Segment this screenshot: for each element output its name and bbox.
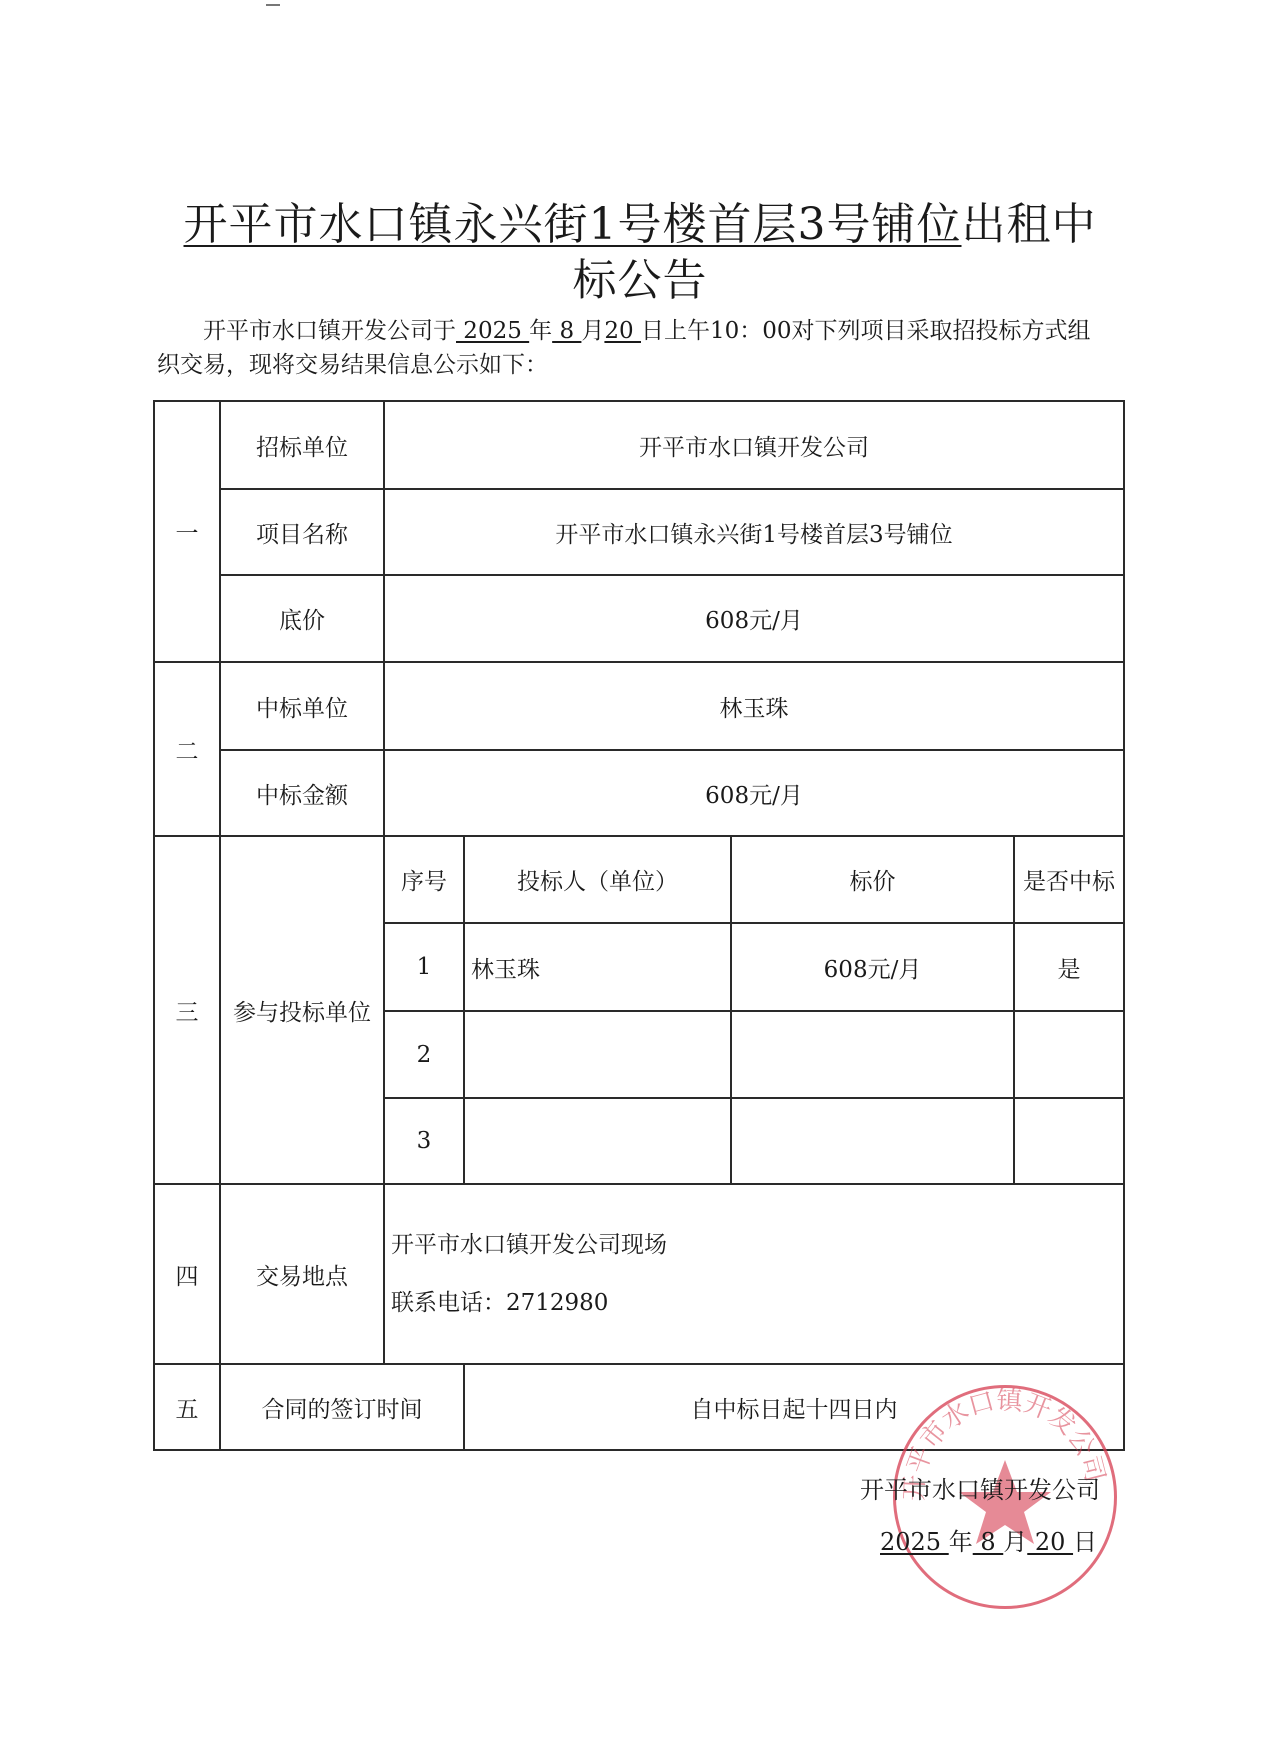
sig-month-unit: 月 (1003, 1528, 1027, 1556)
column-header: 投标人（单位） (464, 836, 731, 923)
column-header: 标价 (731, 836, 1014, 923)
intro-paragraph: 开平市水口镇开发公司于 2025 年 8 月20 日上午10：00对下列项目采取… (157, 314, 1112, 382)
sig-year: 2025 (880, 1528, 949, 1556)
intro-year: 2025 (456, 318, 529, 344)
sig-month: 8 (973, 1528, 1004, 1556)
row-label: 交易地点 (220, 1184, 384, 1364)
section-index: 四 (154, 1184, 220, 1364)
row-label: 参与投标单位 (220, 836, 384, 1184)
bidder-name (464, 1098, 731, 1184)
row-label: 项目名称 (220, 489, 384, 575)
table-row: 中标金额 608元/月 (154, 750, 1124, 836)
section-index: 二 (154, 662, 220, 836)
row-label: 中标金额 (220, 750, 384, 836)
signature-date: 2025 年 8 月 20 日 (880, 1522, 1097, 1557)
section-index: 一 (154, 401, 220, 662)
bidder-price (731, 1098, 1014, 1184)
table-row: 底价 608元/月 (154, 575, 1124, 662)
sig-day-unit: 日 (1073, 1528, 1097, 1556)
bidder-won (1014, 1098, 1124, 1184)
signer-company: 开平市水口镇开发公司 (860, 1470, 1100, 1505)
column-header: 是否中标 (1014, 836, 1124, 923)
location-text: 开平市水口镇开发公司现场 (391, 1216, 1123, 1274)
row-value: 自中标日起十四日内 (464, 1364, 1124, 1450)
bidders-header-row: 三 参与投标单位 序号 投标人（单位） 标价 是否中标 (154, 836, 1124, 923)
sig-day: 20 (1027, 1528, 1073, 1556)
intro-year-unit: 年 (529, 318, 552, 344)
row-value: 608元/月 (384, 750, 1124, 836)
row-value: 开平市水口镇开发公司 (384, 401, 1124, 489)
title-line2: 标公告 (150, 253, 1130, 309)
bidder-won (1014, 1011, 1124, 1098)
contact-phone: 联系电话：2712980 (391, 1274, 1123, 1332)
table-row: 一 招标单位 开平市水口镇开发公司 (154, 401, 1124, 489)
row-label: 合同的签订时间 (220, 1364, 464, 1450)
section-index: 三 (154, 836, 220, 1184)
bid-result-table: 一 招标单位 开平市水口镇开发公司 项目名称 开平市水口镇永兴街1号楼首层3号铺… (153, 400, 1125, 1451)
bidder-no: 3 (384, 1098, 464, 1184)
row-label: 底价 (220, 575, 384, 662)
intro-day: 20 (604, 318, 641, 344)
intro-prefix: 开平市水口镇开发公司于 (203, 318, 456, 344)
table-row: 项目名称 开平市水口镇永兴街1号楼首层3号铺位 (154, 489, 1124, 575)
bidder-won: 是 (1014, 923, 1124, 1011)
sig-year-unit: 年 (949, 1528, 973, 1556)
row-value: 608元/月 (384, 575, 1124, 662)
scan-artifact (266, 4, 280, 6)
intro-month-unit: 月 (581, 318, 604, 344)
bidder-price (731, 1011, 1014, 1098)
bidder-no: 1 (384, 923, 464, 1011)
bidder-name: 林玉珠 (464, 923, 731, 1011)
table-row: 四 交易地点 开平市水口镇开发公司现场 联系电话：2712980 (154, 1184, 1124, 1364)
bidder-no: 2 (384, 1011, 464, 1098)
table-row: 五 合同的签订时间 自中标日起十四日内 (154, 1364, 1124, 1450)
bidder-name (464, 1011, 731, 1098)
bidder-price: 608元/月 (731, 923, 1014, 1011)
title-rest: 出租中 (962, 199, 1097, 250)
title-underlined: 开平市水口镇永兴街1号楼首层3号铺位 (184, 199, 962, 250)
table-row: 二 中标单位 林玉珠 (154, 662, 1124, 750)
row-label: 招标单位 (220, 401, 384, 489)
row-value: 开平市水口镇永兴街1号楼首层3号铺位 (384, 489, 1124, 575)
intro-month: 8 (552, 318, 581, 344)
row-label: 中标单位 (220, 662, 384, 750)
page-title: 开平市水口镇永兴街1号楼首层3号铺位出租中 标公告 (150, 197, 1130, 309)
column-header: 序号 (384, 836, 464, 923)
location-cell: 开平市水口镇开发公司现场 联系电话：2712980 (384, 1184, 1124, 1364)
row-value: 林玉珠 (384, 662, 1124, 750)
section-index: 五 (154, 1364, 220, 1450)
